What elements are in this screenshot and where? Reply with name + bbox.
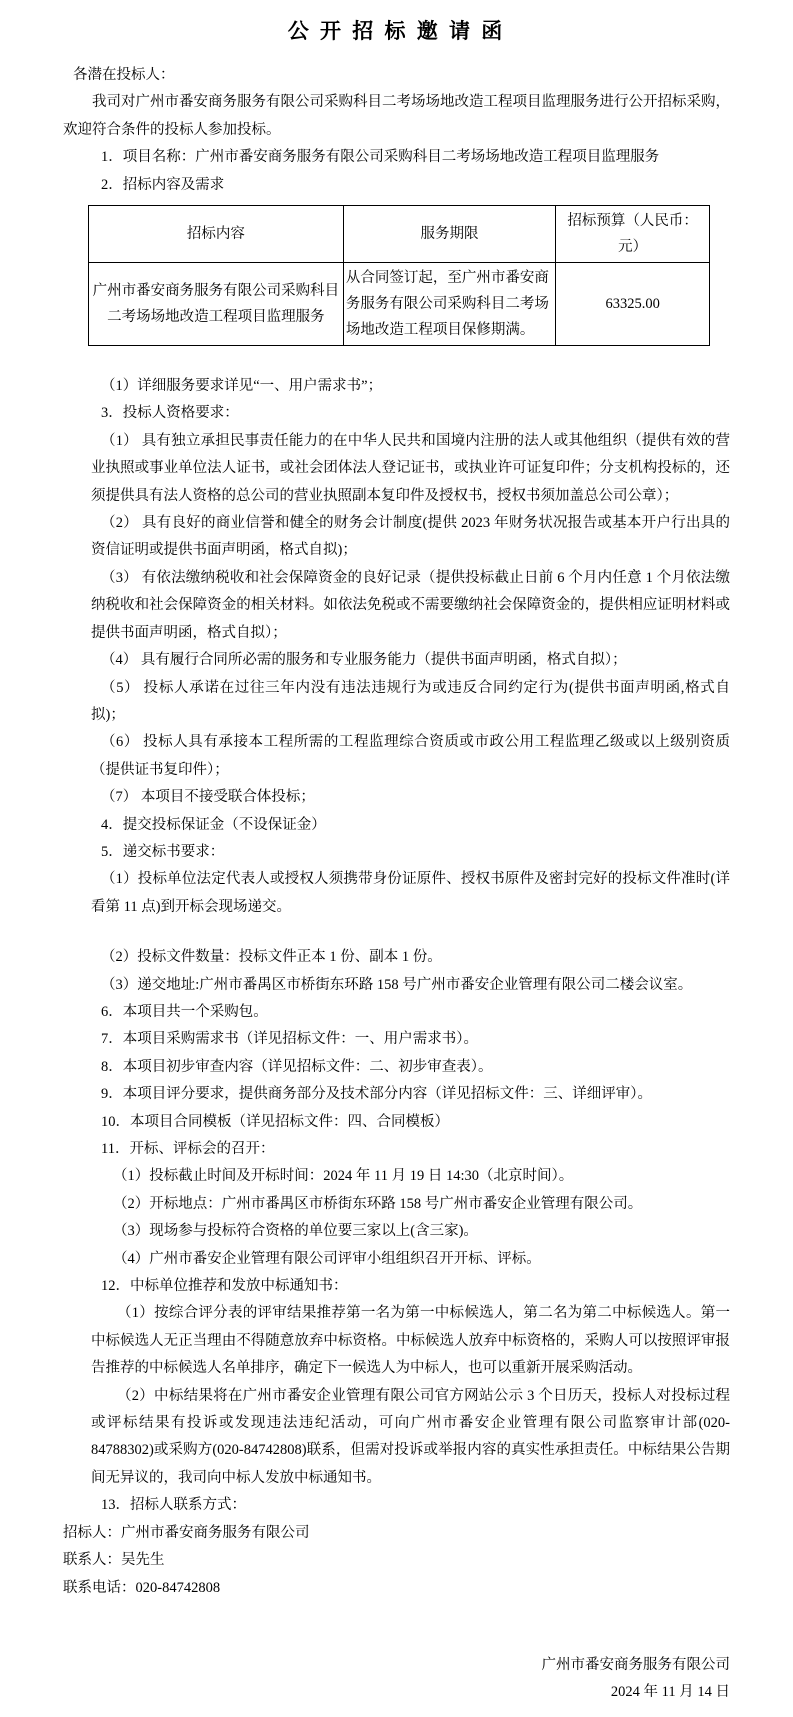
table-cell-budget: 63325.00 (556, 263, 710, 346)
contact-tenderer: 招标人：广州市番安商务服务有限公司 (63, 1520, 730, 1547)
salutation: 各潜在投标人： (63, 62, 730, 89)
table-cell-content: 广州市番安商务服务有限公司采购科目二考场场地改造工程项目监理服务 (89, 263, 344, 346)
item-3-sub-1: （1） 具有独立承担民事责任能力的在中华人民共和国境内注册的法人或其他组织（提供… (91, 428, 730, 510)
item-3-sub-7: （7） 本项目不接受联合体投标； (91, 784, 730, 811)
signature-block: 广州市番安商务服务有限公司 2024 年 11 月 14 日 (63, 1652, 730, 1707)
item-11-sub-2: （2）开标地点：广州市番禺区市桥街东环路 158 号广州市番安企业管理有限公司。 (107, 1191, 730, 1218)
signature-date: 2024 年 11 月 14 日 (63, 1679, 730, 1706)
item-6-packages: 6．本项目共一个采购包。 (91, 999, 730, 1026)
item-12-title: 12．中标单位推荐和发放中标通知书： (91, 1273, 730, 1300)
item-13-title: 13．招标人联系方式： (91, 1492, 730, 1519)
item-12-sub-1: （1）按综合评分表的评审结果推荐第一名为第一中标候选人，第二名为第二中标候选人。… (91, 1300, 730, 1382)
table-header-content: 招标内容 (89, 206, 344, 263)
item-3-sub-5: （5） 投标人承诺在过往三年内没有违法违规行为或违反合同约定行为(提供书面声明函… (91, 675, 730, 730)
item-4-bid-bond: 4．提交投标保证金（不设保证金） (91, 812, 730, 839)
item-12-sub-2: （2）中标结果将在广州市番安企业管理有限公司官方网站公示 3 个日历天，投标人对… (91, 1383, 730, 1493)
intro-paragraph: 我司对广州市番安商务服务有限公司采购科目二考场场地改造工程项目监理服务进行公开招… (63, 89, 730, 144)
table-header-period: 服务期限 (343, 206, 555, 263)
item-11-sub-1: （1）投标截止时间及开标时间：2024 年 11 月 19 日 14:30（北京… (107, 1163, 730, 1190)
contact-phone: 联系电话：020-84742808 (63, 1575, 730, 1602)
item-11-sub-3: （3）现场参与投标符合资格的单位要三家以上(含三家)。 (107, 1218, 730, 1245)
item-3-sub-6: （6） 投标人具有承接本工程所需的工程监理综合资质或市政公用工程监理乙级或以上级… (91, 729, 730, 784)
tender-table: 招标内容 服务期限 招标预算（人民币：元） 广州市番安商务服务有限公司采购科目二… (88, 205, 710, 346)
item-5-sub-2: （2）投标文件数量：投标文件正本 1 份、副本 1 份。 (91, 944, 730, 971)
item-11-title: 11．开标、评标会的召开： (91, 1136, 730, 1163)
table-header-budget: 招标预算（人民币：元） (556, 206, 710, 263)
service-requirement-note: （1）详细服务要求详见“一、用户需求书”； (91, 373, 730, 400)
item-10-contract-template: 10．本项目合同模板（详见招标文件：四、合同模板） (91, 1109, 730, 1136)
item-7-requirement-doc: 7．本项目采购需求书（详见招标文件：一、用户需求书）。 (91, 1026, 730, 1053)
table-cell-period: 从合同签订起，至广州市番安商务服务有限公司采购科目二考场场地改造工程项目保修期满… (343, 263, 555, 346)
spacer (63, 921, 730, 944)
item-5-title: 5．递交标书要求： (91, 839, 730, 866)
item-11-sub-4: （4）广州市番安企业管理有限公司评审小组组织召开开标、评标。 (107, 1246, 730, 1273)
item-9-scoring: 9．本项目评分要求，提供商务部分及技术部分内容（详见招标文件：三、详细评审）。 (91, 1081, 730, 1108)
item-3-sub-2: （2） 具有良好的商业信誉和健全的财务会计制度(提供 2023 年财务状况报告或… (91, 510, 730, 565)
contact-person: 联系人：吴先生 (63, 1547, 730, 1574)
doc-title: 公 开 招 标 邀 请 函 (63, 16, 730, 46)
table-row: 广州市番安商务服务有限公司采购科目二考场场地改造工程项目监理服务 从合同签订起，… (89, 263, 710, 346)
item-3-sub-4: （4） 具有履行合同所必需的服务和专业服务能力（提供书面声明函，格式自拟）； (91, 647, 730, 674)
item-3-sub-3: （3） 有依法缴纳税收和社会保障资金的良好记录（提供投标截止日前 6 个月内任意… (91, 565, 730, 647)
item-5-sub-1: （1）投标单位法定代表人或授权人须携带身份证原件、授权书原件及密封完好的投标文件… (91, 866, 730, 921)
table-header-row: 招标内容 服务期限 招标预算（人民币：元） (89, 206, 710, 263)
item-8-preliminary-review: 8．本项目初步审查内容（详见招标文件：二、初步审查表）。 (91, 1054, 730, 1081)
signature-company: 广州市番安商务服务有限公司 (63, 1652, 730, 1679)
document-page: 公 开 招 标 邀 请 函 各潜在投标人： 我司对广州市番安商务服务有限公司采购… (0, 0, 793, 1717)
item-3-title: 3．投标人资格要求： (91, 400, 730, 427)
spacer (63, 346, 730, 373)
item-5-sub-3: （3）递交地址:广州市番禺区市桥街东环路 158 号广州市番安企业管理有限公司二… (91, 972, 730, 999)
item-1-project-name: 1．项目名称：广州市番安商务服务有限公司采购科目二考场场地改造工程项目监理服务 (91, 144, 730, 171)
item-2-tender-content: 2．招标内容及需求 (91, 172, 730, 199)
